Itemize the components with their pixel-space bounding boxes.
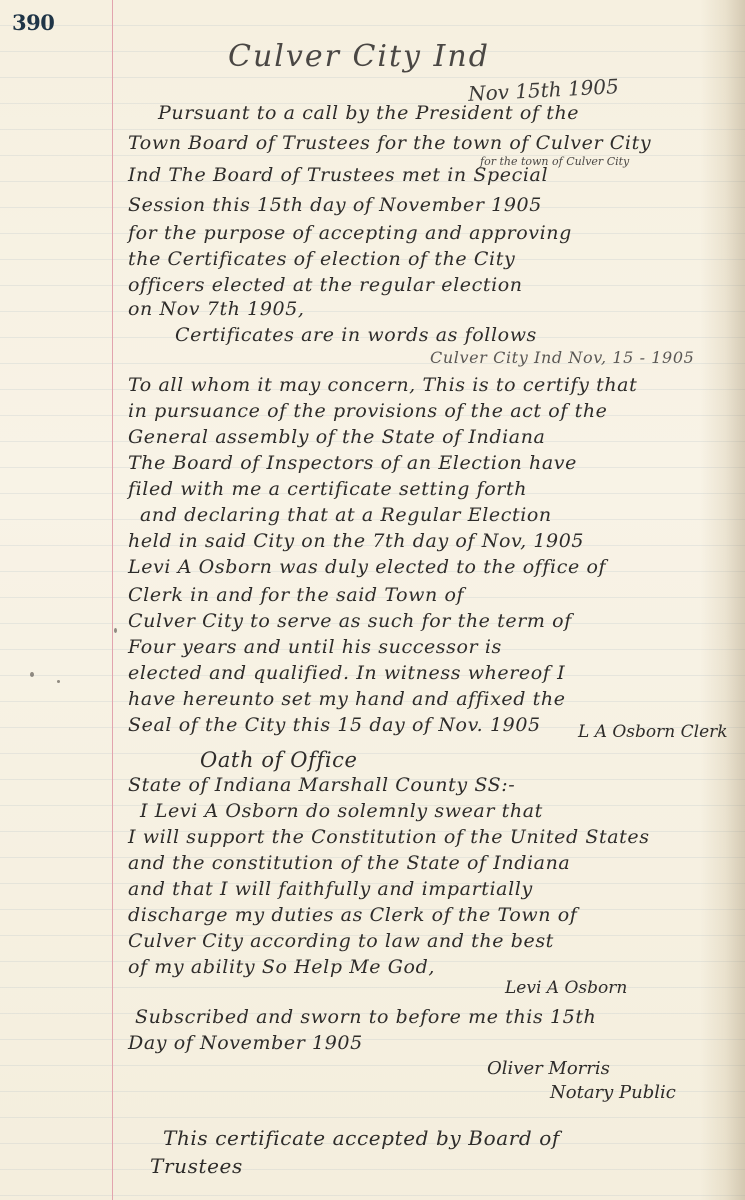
minutes-line: for the purpose of accepting and approvi… <box>128 224 572 243</box>
acceptance-line: This certificate accepted by Board of <box>163 1128 560 1148</box>
minutes-line: Session this 15th day of November 1905 <box>128 196 542 215</box>
acceptance-line: Trustees <box>150 1156 243 1176</box>
certificate-line: The Board of Inspectors of an Election h… <box>128 454 577 473</box>
oath-line: Culver City according to law and the bes… <box>128 932 554 951</box>
oath-line: I will support the Constitution of the U… <box>128 828 650 847</box>
oath-title: Oath of Office <box>200 750 358 771</box>
certificate-line: in pursuance of the provisions of the ac… <box>128 402 608 421</box>
certificate-line: Levi A Osborn was duly elected to the of… <box>128 558 606 577</box>
margin-rule <box>112 0 113 1200</box>
jurat-line: Subscribed and sworn to before me this 1… <box>135 1008 596 1027</box>
certificate-line: General assembly of the State of Indiana <box>128 428 545 447</box>
certificate-line: filed with me a certificate setting fort… <box>128 480 527 499</box>
minutes-line: officers elected at the regular election <box>128 276 523 295</box>
certificate-line: Culver City to serve as such for the ter… <box>128 612 572 631</box>
ink-speck <box>114 628 117 633</box>
ledger-page: 390 Culver City Ind Nov 15th 1905 Pursua… <box>0 0 745 1200</box>
minutes-line: Certificates are in words as follows <box>175 326 537 345</box>
page-number: 390 <box>12 10 54 35</box>
minutes-line: on Nov 7th 1905, <box>128 300 305 319</box>
ink-speck <box>30 672 34 677</box>
ink-speck <box>57 680 60 683</box>
clerk-signature: L A Osborn Clerk <box>578 724 728 741</box>
minutes-line: Ind The Board of Trustees met in Special <box>128 166 548 185</box>
oath-line: of my ability So Help Me God, <box>128 958 435 977</box>
oath-line: State of Indiana Marshall County SS:- <box>128 776 515 795</box>
oath-line: discharge my duties as Clerk of the Town… <box>128 906 577 925</box>
certificate-line: Clerk in and for the said Town of <box>128 586 464 605</box>
oath-line: I Levi A Osborn do solemnly swear that <box>140 802 543 821</box>
certificate-line: held in said City on the 7th day of Nov,… <box>128 532 584 551</box>
minutes-line: the Certificates of election of the City <box>128 250 515 269</box>
certificate-line: Seal of the City this 15 day of Nov. 190… <box>128 716 541 735</box>
oath-line: and the constitution of the State of Ind… <box>128 854 570 873</box>
notary-name: Oliver Morris <box>487 1060 610 1078</box>
certificate-line: elected and qualified. In witness whereo… <box>128 664 565 683</box>
certificate-line: Four years and until his successor is <box>128 638 502 657</box>
oath-signature: Levi A Osborn <box>505 980 627 997</box>
minutes-line: Pursuant to a call by the President of t… <box>158 104 579 123</box>
minutes-line: Town Board of Trustees for the town of C… <box>128 134 651 153</box>
certificate-line: have hereunto set my hand and affixed th… <box>128 690 566 709</box>
oath-line: and that I will faithfully and impartial… <box>128 880 533 899</box>
minutes-date: Nov 15th 1905 <box>468 76 620 104</box>
notary-title: Notary Public <box>550 1084 676 1102</box>
certificate-place-date: Culver City Ind Nov, 15 - 1905 <box>430 350 694 366</box>
certificate-line: and declaring that at a Regular Election <box>140 506 552 525</box>
certificate-line: To all whom it may concern, This is to c… <box>128 376 637 395</box>
jurat-line: Day of November 1905 <box>128 1034 363 1053</box>
minutes-heading: Culver City Ind <box>228 42 490 72</box>
